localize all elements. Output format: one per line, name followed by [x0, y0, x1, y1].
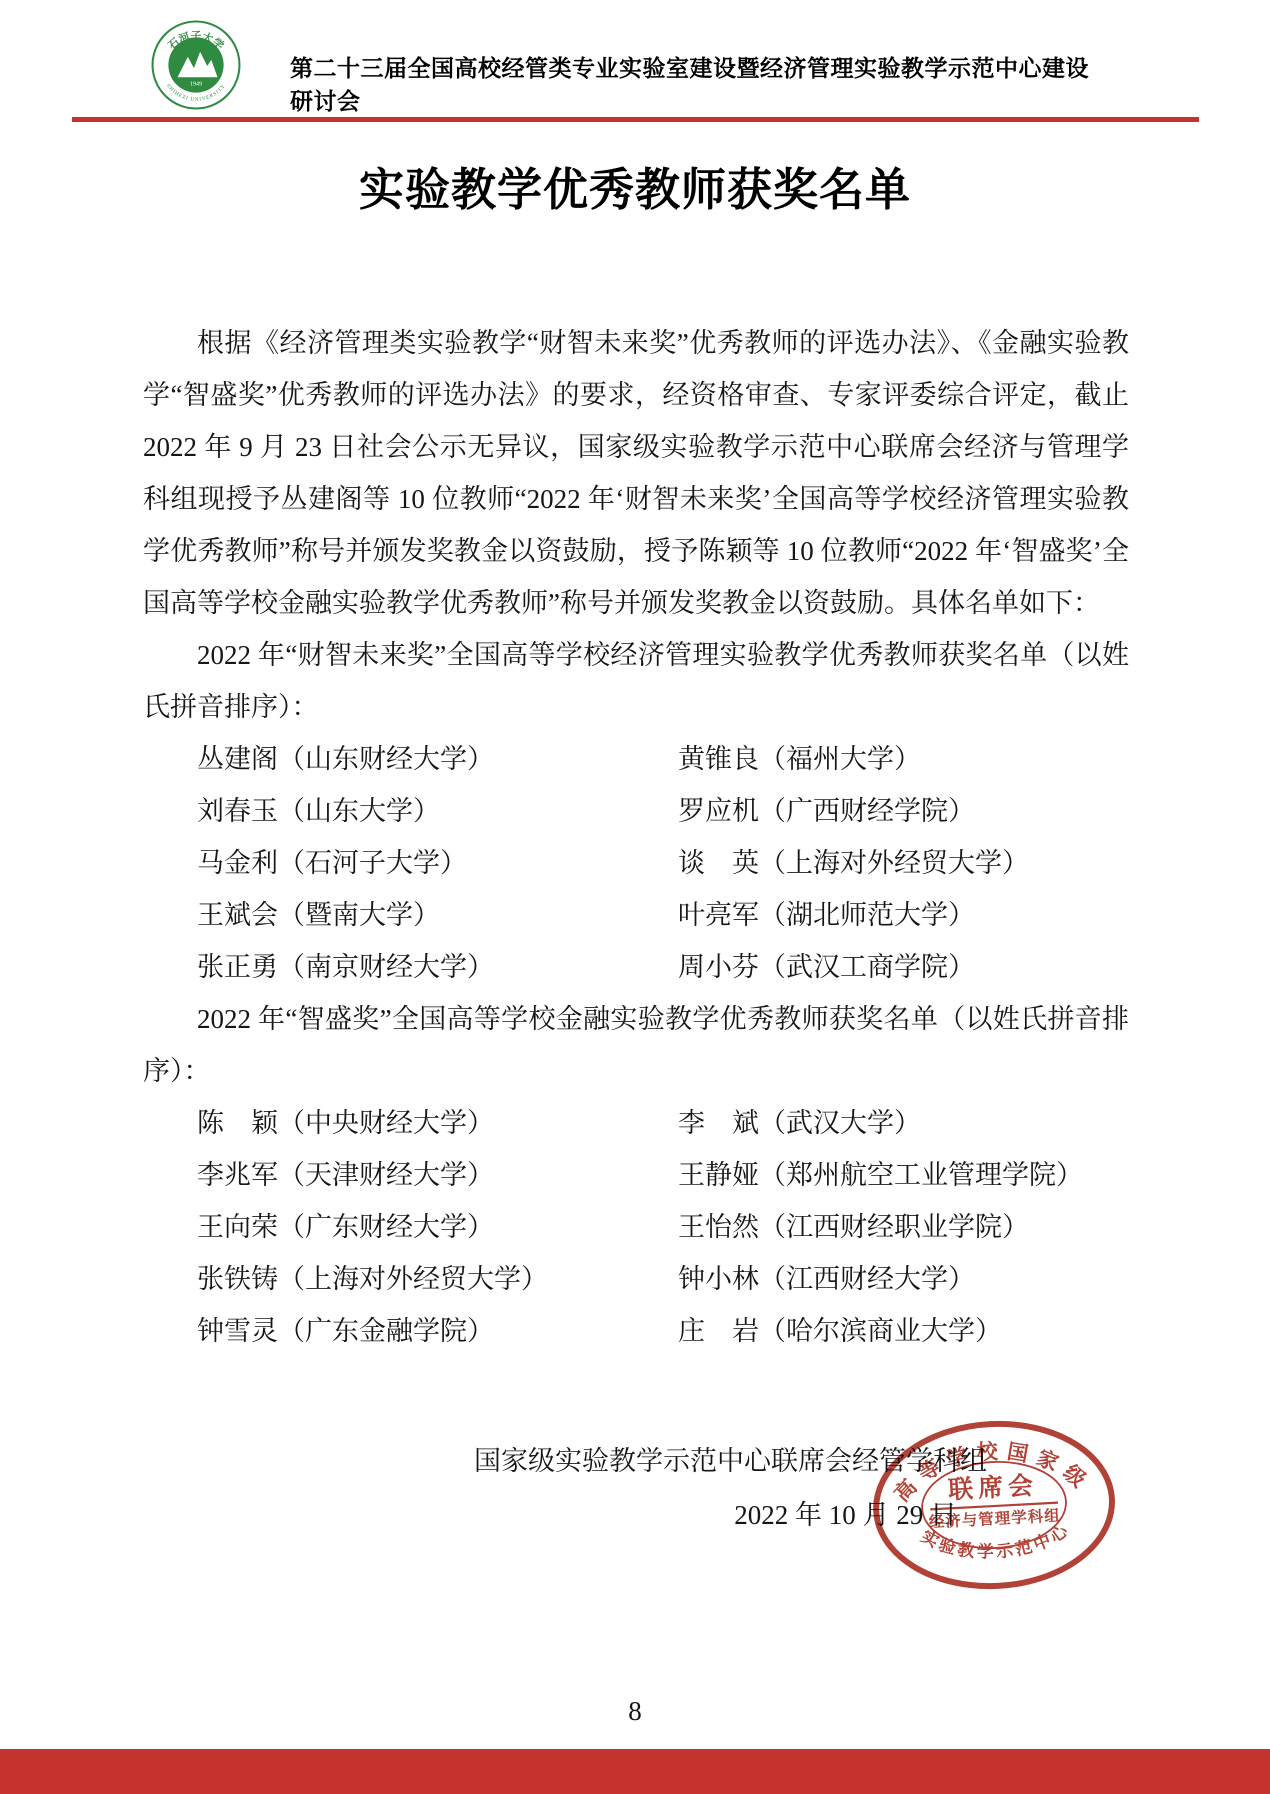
official-seal-stamp: 高等学校国家级 联席会 经济与管理学科组 实验教学示范中心: [868, 1410, 1121, 1599]
roster-row: 钟雪灵（广东金融学院） 庄 岩（哈尔滨商业大学）: [143, 1305, 1129, 1357]
award1-heading: 2022 年“财智未来奖”全国高等学校经济管理实验教学优秀教师获奖名单（以姓氏拼…: [143, 629, 1129, 733]
awardee: 刘春玉（山东大学）: [143, 785, 678, 837]
award2-heading: 2022 年“智盛奖”全国高等学校金融实验教学优秀教师获奖名单（以姓氏拼音排序）…: [143, 993, 1129, 1097]
awardee: 张正勇（南京财经大学）: [143, 941, 678, 993]
awardee: 罗应机（广西财经学院）: [678, 785, 1129, 837]
roster-row: 张正勇（南京财经大学） 周小芬（武汉工商学院）: [143, 941, 1129, 993]
awardee: 张铁铸（上海对外经贸大学）: [143, 1253, 678, 1305]
roster-row: 张铁铸（上海对外经贸大学） 钟小林（江西财经大学）: [143, 1253, 1129, 1305]
header-rule: [72, 117, 1199, 122]
university-logo-icon: 1949 石河子大学 SHIHEZI UNIVERSITY: [151, 20, 241, 110]
awardee: 丛建阁（山东财经大学）: [143, 733, 678, 785]
awardee: 钟小林（江西财经大学）: [678, 1253, 1129, 1305]
intro-paragraph: 根据《经济管理类实验教学“财智未来奖”优秀教师的评选办法》、《金融实验教学“智盛…: [143, 317, 1129, 629]
awardee: 陈 颖（中央财经大学）: [143, 1097, 678, 1149]
award2-roster: 陈 颖（中央财经大学） 李 斌（武汉大学） 李兆军（天津财经大学） 王静娅（郑州…: [143, 1097, 1129, 1357]
page-number: 8: [0, 1696, 1270, 1727]
footer-bar: [0, 1749, 1270, 1794]
stamp-center-text: 联席会: [947, 1471, 1038, 1505]
roster-row: 王向荣（广东财经大学） 王怡然（江西财经职业学院）: [143, 1201, 1129, 1253]
awardee: 王怡然（江西财经职业学院）: [678, 1201, 1129, 1253]
conference-title: 第二十三届全国高校经管类专业实验室建设暨经济管理实验教学示范中心建设研讨会: [290, 50, 1110, 116]
roster-row: 李兆军（天津财经大学） 王静娅（郑州航空工业管理学院）: [143, 1149, 1129, 1201]
awardee: 黄锥良（福州大学）: [678, 733, 1129, 785]
awardee: 钟雪灵（广东金融学院）: [143, 1305, 678, 1357]
awardee: 李兆军（天津财经大学）: [143, 1149, 678, 1201]
awardee: 马金利（石河子大学）: [143, 837, 678, 889]
awardee: 叶亮军（湖北师范大学）: [678, 889, 1129, 941]
awardee: 王向荣（广东财经大学）: [143, 1201, 678, 1253]
logo-year: 1949: [190, 81, 202, 87]
awardee: 王静娅（郑州航空工业管理学院）: [678, 1149, 1129, 1201]
roster-row: 丛建阁（山东财经大学） 黄锥良（福州大学）: [143, 733, 1129, 785]
page-title: 实验教学优秀教师获奖名单: [0, 153, 1270, 218]
awardee: 王斌会（暨南大学）: [143, 889, 678, 941]
roster-row: 陈 颖（中央财经大学） 李 斌（武汉大学）: [143, 1097, 1129, 1149]
document-body: 根据《经济管理类实验教学“财智未来奖”优秀教师的评选办法》、《金融实验教学“智盛…: [143, 317, 1129, 1357]
roster-row: 王斌会（暨南大学） 叶亮军（湖北师范大学）: [143, 889, 1129, 941]
awardee: 周小芬（武汉工商学院）: [678, 941, 1129, 993]
awardee: 李 斌（武汉大学）: [678, 1097, 1129, 1149]
document-page: { "header": { "conference_title": "第二十三届…: [0, 0, 1270, 1794]
roster-row: 刘春玉（山东大学） 罗应机（广西财经学院）: [143, 785, 1129, 837]
awardee: 谈 英（上海对外经贸大学）: [678, 837, 1129, 889]
award1-roster: 丛建阁（山东财经大学） 黄锥良（福州大学） 刘春玉（山东大学） 罗应机（广西财经…: [143, 733, 1129, 993]
roster-row: 马金利（石河子大学） 谈 英（上海对外经贸大学）: [143, 837, 1129, 889]
awardee: 庄 岩（哈尔滨商业大学）: [678, 1305, 1129, 1357]
